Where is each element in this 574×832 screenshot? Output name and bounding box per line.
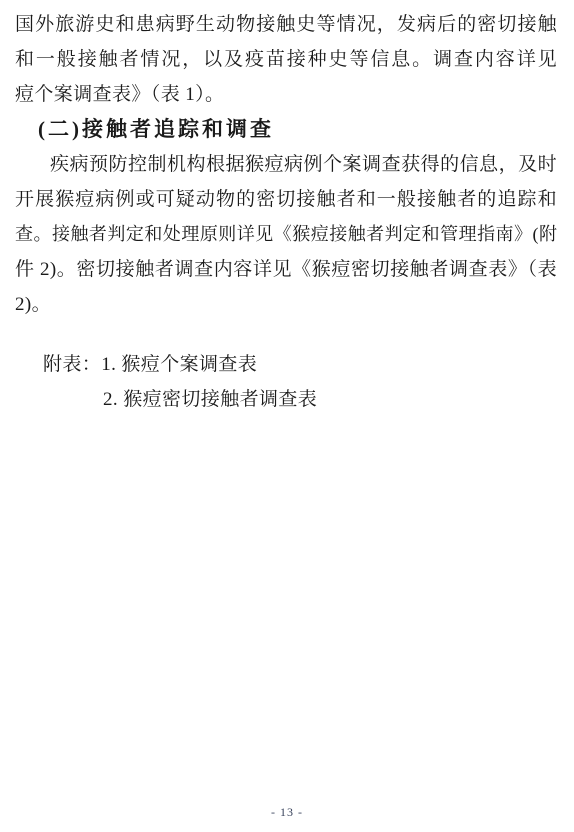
body-line: 疾病预防控制机构根据猴痘病例个案调查获得的信息，及时 <box>15 147 557 182</box>
body-line: 开展猴痘病例或可疑动物的密切接触者和一般接触者的追踪和调 <box>15 182 557 217</box>
paragraph-continuation: 国外旅游史和患病野生动物接触史等情况，发病后的密切接触者 和一般接触者情况，以及… <box>15 7 557 112</box>
body-line: 查。接触者判定和处理原则详见《猴痘接触者判定和管理指南》(附 <box>15 217 557 252</box>
body-line: 和一般接触者情况，以及疫苗接种史等信息。调查内容详见《猴 <box>15 42 557 77</box>
body-line: 2)。 <box>15 287 557 322</box>
document-page: 国外旅游史和患病野生动物接触史等情况，发病后的密切接触者 和一般接触者情况，以及… <box>0 0 574 832</box>
appendix-list: 附表：1. 猴痘个案调查表 2. 猴痘密切接触者调查表 <box>15 347 557 417</box>
appendix-item-1: 附表：1. 猴痘个案调查表 <box>15 347 557 382</box>
section-heading: (二)接触者追踪和调查 <box>15 112 557 147</box>
body-line: 件 2)。密切接触者调查内容详见《猴痘密切接触者调查表》（表 <box>15 252 557 287</box>
appendix-item-2: 2. 猴痘密切接触者调查表 <box>15 382 557 417</box>
page-number: - 13 - <box>0 806 574 818</box>
paragraph-2: 疾病预防控制机构根据猴痘病例个案调查获得的信息，及时 开展猴痘病例或可疑动物的密… <box>15 147 557 322</box>
body-line: 痘个案调查表》（表 1）。 <box>15 77 557 112</box>
page-body: 国外旅游史和患病野生动物接触史等情况，发病后的密切接触者 和一般接触者情况，以及… <box>0 0 574 417</box>
body-line: 国外旅游史和患病野生动物接触史等情况，发病后的密切接触者 <box>15 7 557 42</box>
